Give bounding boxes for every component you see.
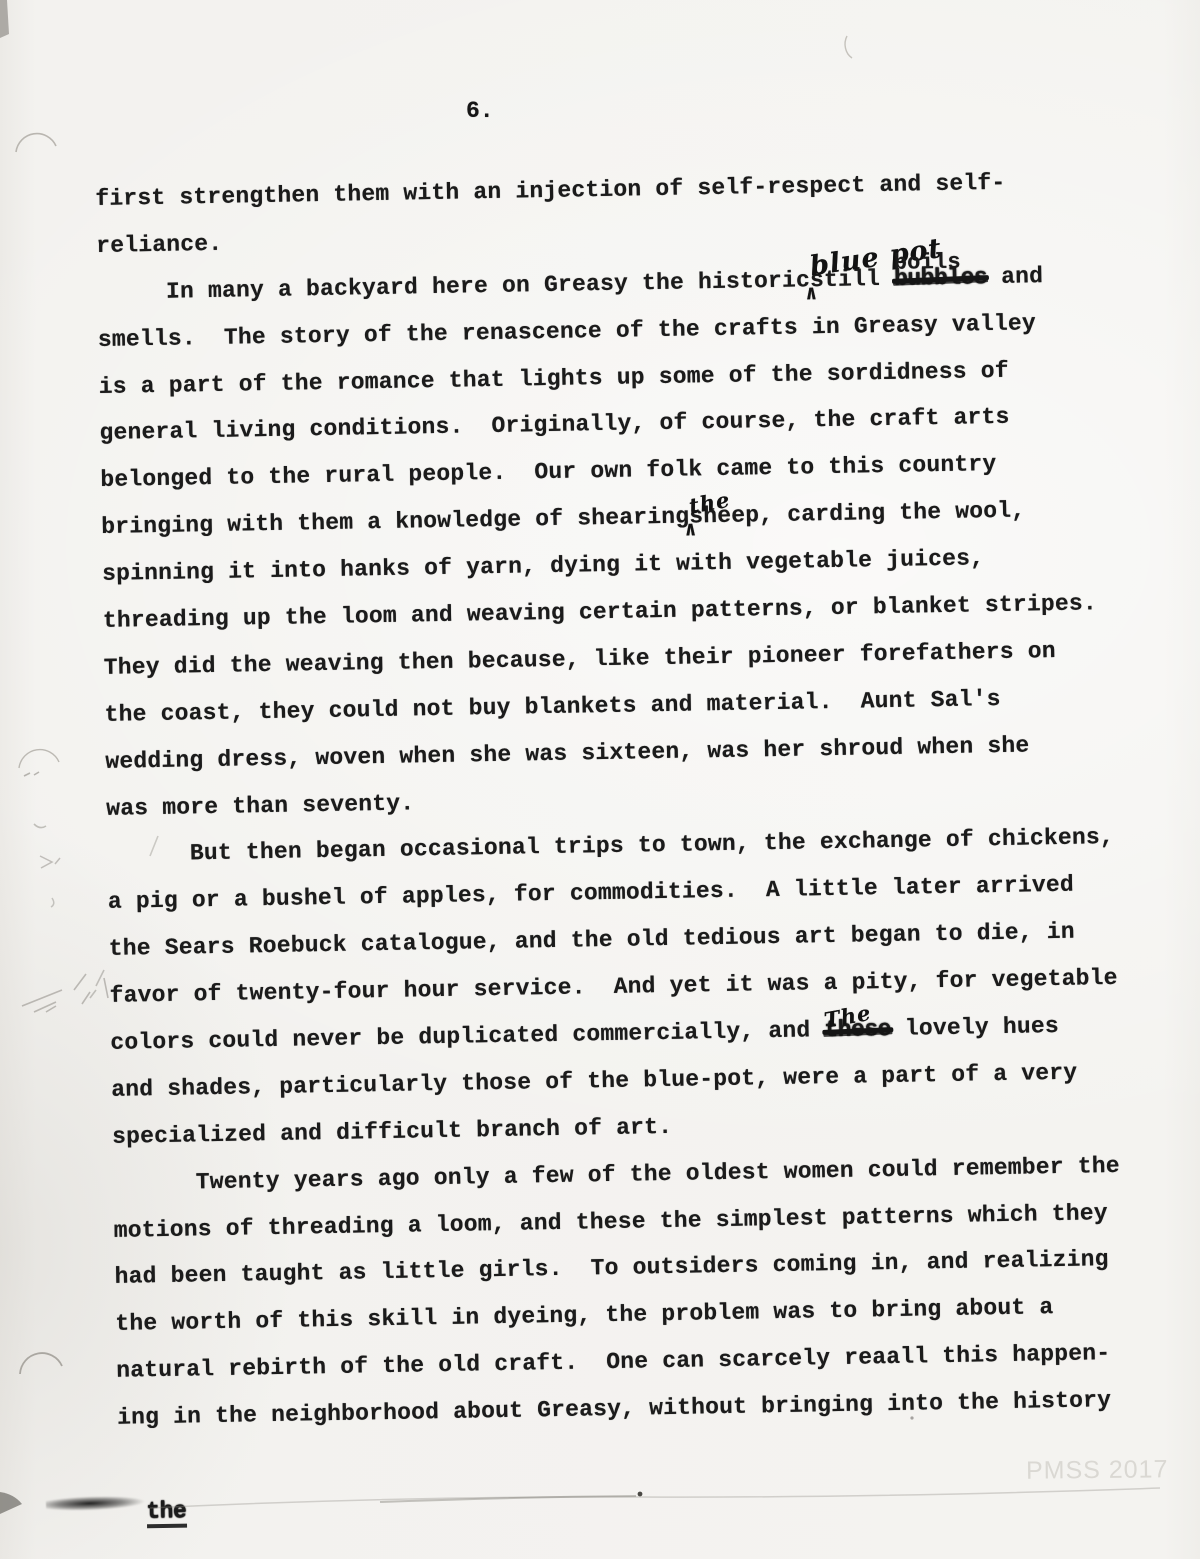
text-segment: the coast, they could not buy blankets a… xyxy=(104,686,1000,728)
hole-punch-arc xyxy=(19,750,59,768)
text-segment: Twenty years ago only a few of the oldes… xyxy=(196,1153,1120,1195)
text-segment: In many a backyard here on Greasy the hi… xyxy=(166,267,810,304)
typewritten-text: first strengthen them with an injection … xyxy=(95,157,1179,1535)
pencil-mark xyxy=(51,898,54,907)
text-segment: motions of threading a loom, and these t… xyxy=(114,1200,1108,1244)
text-segment: smells. The story of the renascence of t… xyxy=(98,310,1036,353)
text-segment: is a part of the romance that lights up … xyxy=(99,357,1009,399)
annotation-anchor: bubblesboils xyxy=(894,264,988,292)
text-segment: belonged to the rural people. Our own fo… xyxy=(100,451,996,493)
text-segment: a pig or a bushel of apples, for commodi… xyxy=(108,872,1074,915)
pencil-mark xyxy=(24,772,39,776)
text-segment: spinning it into hanks of yarn, dying it… xyxy=(102,545,984,587)
text-segment: specialized and difficult branch of art. xyxy=(112,1114,672,1150)
watermark: PMSS 2017 xyxy=(1026,1455,1169,1485)
pencil-scratch xyxy=(90,970,104,998)
text-segment: first strengthen them with an injection … xyxy=(95,170,1005,212)
annotation-anchor: theseThe xyxy=(824,1016,891,1043)
text-segment: bringing with them a knowledge of sheari… xyxy=(101,504,689,540)
text-segment: natural rebirth of the old craft. One ca… xyxy=(116,1340,1110,1384)
text-segment: threading up the loom and weaving certai… xyxy=(103,590,1097,634)
text-segment: lovely hues xyxy=(891,1013,1059,1042)
text-segment: ing in the neighborhood about Greasy, wi… xyxy=(117,1387,1111,1431)
hole-punch-arc xyxy=(20,1353,62,1374)
text-segment: general living conditions. Originally, o… xyxy=(99,404,1009,446)
hole-punch-arc xyxy=(16,134,56,152)
text-segment: sheep, carding the wool, xyxy=(689,498,1025,530)
text-segment: the worth of this skill in dyeing, the p… xyxy=(115,1294,1053,1337)
text-segment: colors could never be duplicated commerc… xyxy=(110,1017,824,1056)
stray-mark xyxy=(845,36,852,58)
text-segment: reliance. xyxy=(96,231,222,259)
edge-blemish xyxy=(0,1492,22,1514)
typed-correction: boils xyxy=(894,251,961,274)
text-segment: But then began occasional trips to town,… xyxy=(190,824,1114,866)
text-segment: the Sears Roebuck catalogue, and the old… xyxy=(109,919,1075,962)
pencil-scratch xyxy=(22,974,108,1012)
text-segment: was more than seventy. xyxy=(106,790,414,821)
edge-blemish xyxy=(0,0,9,38)
text-segment: had been taught as little girls. To outs… xyxy=(114,1247,1108,1291)
text-segment: and shades, particularly those of the bl… xyxy=(111,1060,1077,1103)
scanned-typescript-page: 6. first strengthen them with an injecti… xyxy=(0,0,1200,1559)
page-number: 6. xyxy=(466,98,494,124)
text-segment: They did the weaving then because, like … xyxy=(104,638,1056,681)
pencil-mark xyxy=(40,856,60,868)
pencil-mark xyxy=(34,824,46,828)
handwritten-annotation: the xyxy=(688,489,732,517)
text-segment: and xyxy=(987,263,1043,290)
text-segment: favor of twenty-four hour service. And y… xyxy=(109,965,1117,1009)
text-segment: wedding dress, woven when she was sixtee… xyxy=(105,732,1029,774)
